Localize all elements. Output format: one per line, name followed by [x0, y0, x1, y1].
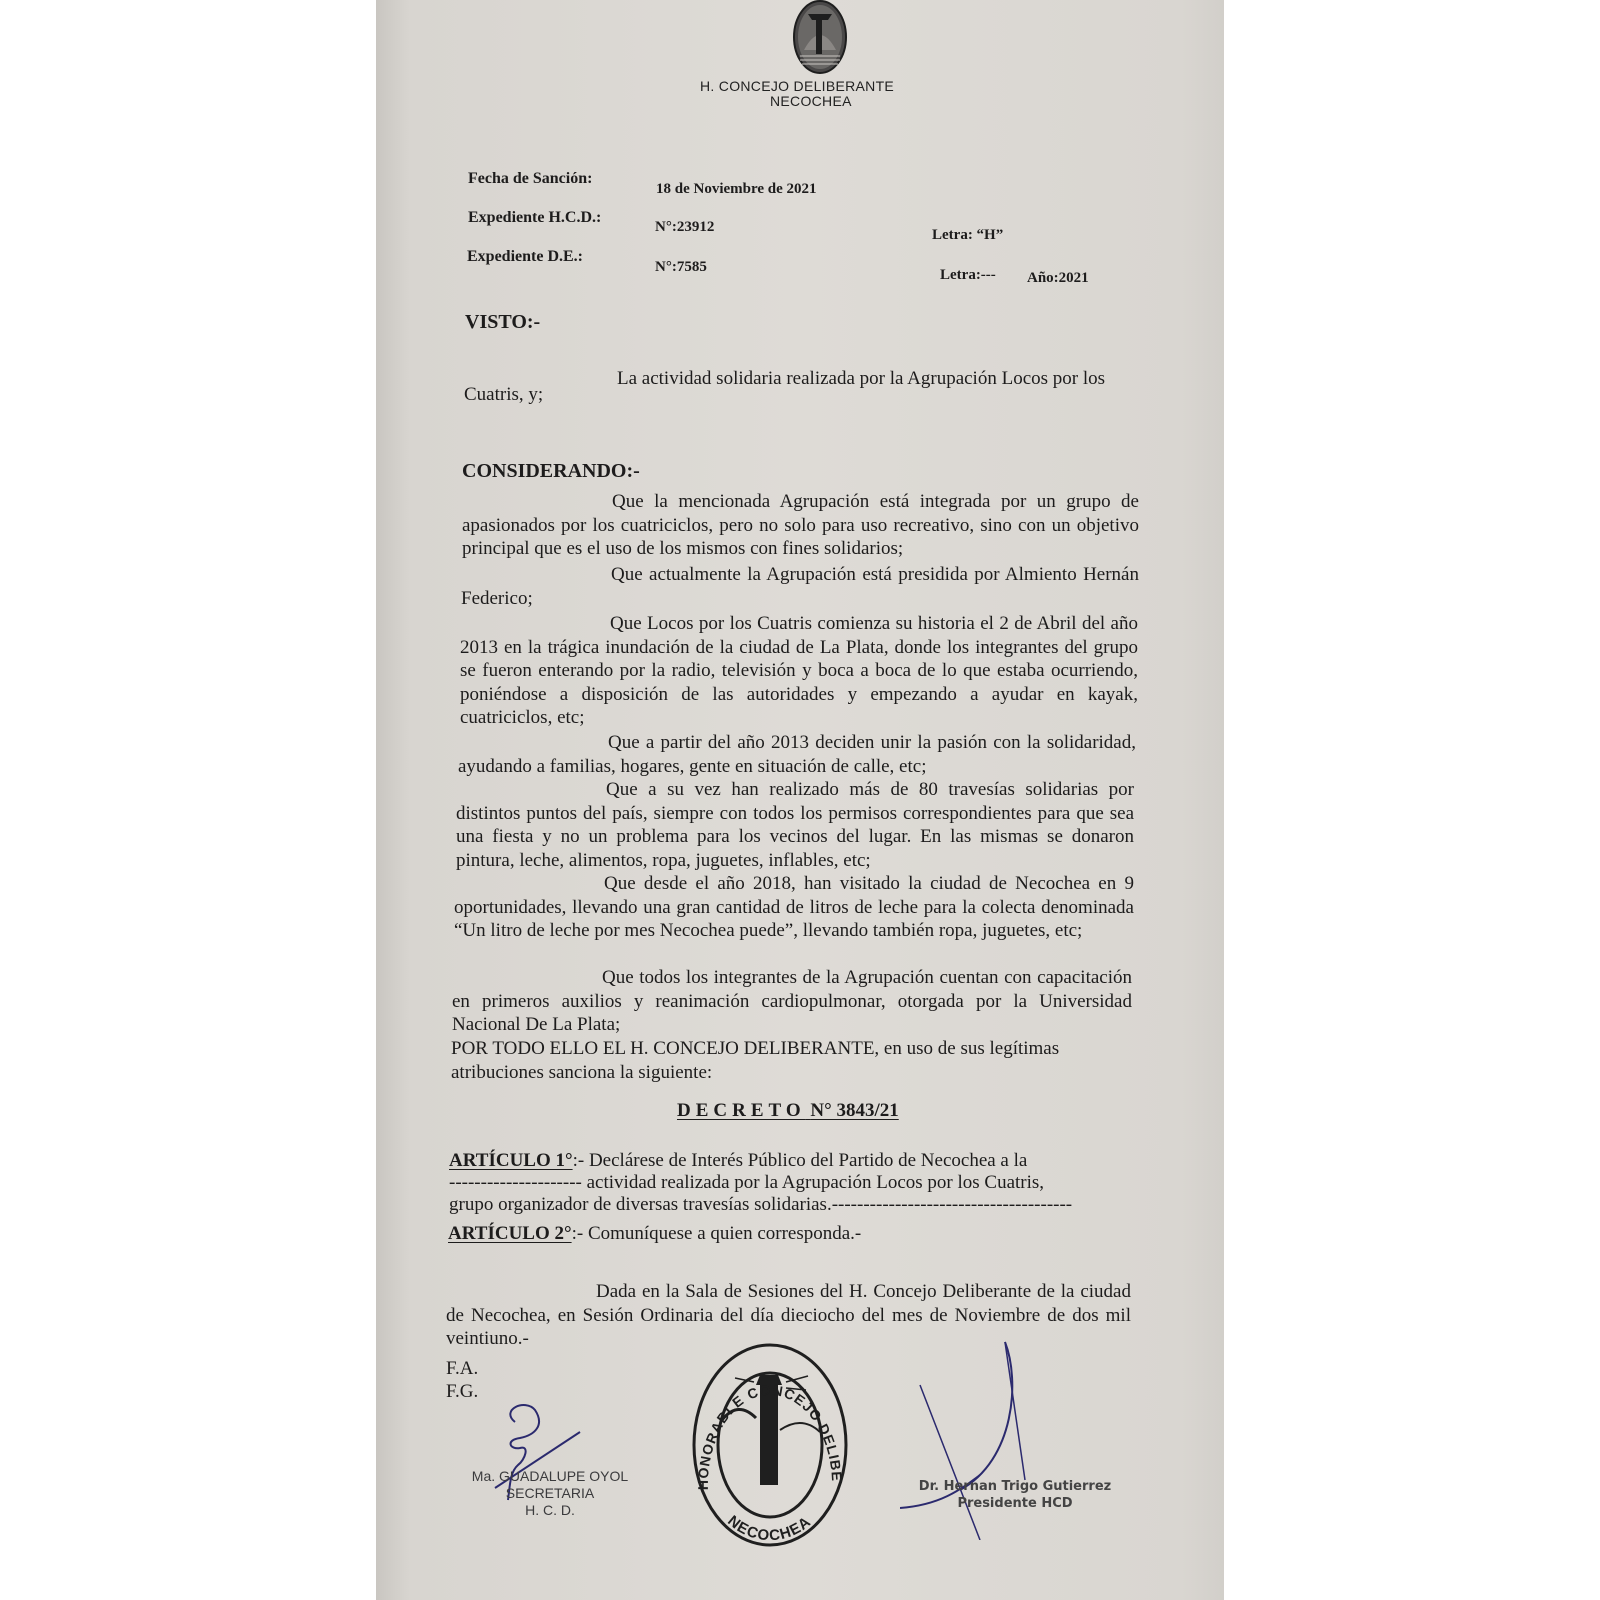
expediente-hcd-letra: Letra: “H” [932, 227, 1003, 244]
expediente-hcd-value: N°:23912 [655, 219, 714, 236]
header-title: H. CONCEJO DELIBERANTE [700, 78, 894, 94]
considerando-heading: CONSIDERANDO:- [462, 460, 640, 483]
articulo-2: ARTÍCULO 2°:- Comuníquese a quien corres… [448, 1223, 861, 1245]
fecha-sancion-value: 18 de Noviembre de 2021 [656, 181, 817, 198]
considerando-paragraph: Que a partir del año 2013 deciden unir l… [458, 731, 1136, 778]
expediente-de-letra: Letra:--- [940, 267, 996, 284]
visto-text-cont: Cuatris, y; [464, 384, 543, 406]
fecha-sancion-label: Fecha de Sanción: [468, 170, 592, 188]
considerando-paragraph: Que todos los integrantes de la Agrupaci… [452, 966, 1132, 1037]
articulo-1: ARTÍCULO 1°:- Declárese de Interés Públi… [449, 1150, 1134, 1216]
expediente-hcd-label: Expediente H.C.D.: [468, 209, 601, 227]
initials-fa: F.A. [446, 1358, 478, 1380]
considerando-paragraph: Que desde el año 2018, han visitado la c… [454, 872, 1134, 943]
considerando-paragraph: Que a su vez han realizado más de 80 tra… [456, 778, 1134, 872]
considerando-paragraph: Que la mencionada Agrupación está integr… [462, 490, 1139, 561]
header-city: NECOCHEA [770, 93, 852, 109]
secretary-block: Ma. GUADALUPE OYOL SECRETARIA H. C. D. [460, 1468, 640, 1519]
decreto-title: DECRETO N° 3843/21 [677, 1100, 899, 1122]
initials-fg: F.G. [446, 1381, 478, 1403]
expediente-de-anio: Año:2021 [1027, 270, 1089, 287]
expediente-de-value: N°:7585 [655, 259, 707, 276]
president-block: Dr. Hernan Trigo Gutierrez Presidente HC… [915, 1478, 1115, 1512]
expediente-de-label: Expediente D.E.: [467, 248, 583, 266]
visto-heading: VISTO:- [465, 311, 540, 334]
visto-text: La actividad solidaria realizada por la … [617, 368, 1105, 390]
considerando-closing: POR TODO ELLO EL H. CONCEJO DELIBERANTE,… [451, 1037, 1111, 1084]
lighthouse-seal-icon: HONORABLE CONCEJO DELIBERANTE NECOCHEA [690, 1340, 850, 1550]
municipal-crest-icon [790, 0, 850, 75]
considerando-paragraph: Que Locos por los Cuatris comienza su hi… [460, 612, 1138, 730]
considerando-paragraph: Que actualmente la Agrupación está presi… [461, 563, 1139, 610]
